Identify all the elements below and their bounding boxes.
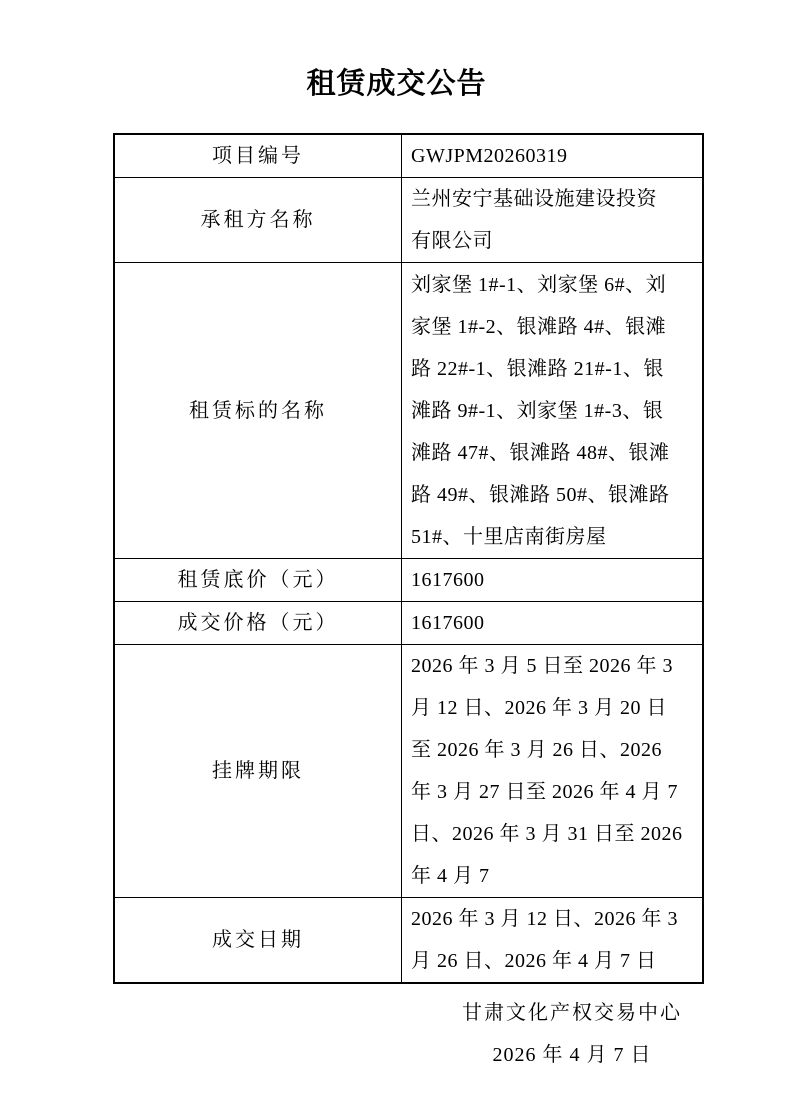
label-lessee-name: 承租方名称 — [114, 178, 402, 263]
signature-block: 甘肃文化产权交易中心 2026 年 4 月 7 日 — [0, 992, 793, 1076]
issue-date: 2026 年 4 月 7 日 — [462, 1034, 682, 1076]
table-row-base-price: 租赁底价（元） 1617600 — [114, 559, 703, 602]
signature-inner: 甘肃文化产权交易中心 2026 年 4 月 7 日 — [462, 992, 682, 1076]
page-title: 租赁成交公告 — [0, 0, 793, 104]
value-deal-price: 1617600 — [402, 602, 704, 645]
table-row-lease-subject-name: 租赁标的名称 刘家堡 1#-1、刘家堡 6#、刘 家堡 1#-2、银滩路 4#、… — [114, 263, 703, 559]
table-row-lessee-name: 承租方名称 兰州安宁基础设施建设投资 有限公司 — [114, 178, 703, 263]
label-listing-period: 挂牌期限 — [114, 645, 402, 898]
label-lease-subject-name: 租赁标的名称 — [114, 263, 402, 559]
table-row-project-number: 项目编号 GWJPM20260319 — [114, 134, 703, 178]
label-project-number: 项目编号 — [114, 134, 402, 178]
document-page: 租赁成交公告 项目编号 GWJPM20260319 承租方名称 兰州安宁基础设施… — [0, 0, 793, 1120]
value-deal-date: 2026 年 3 月 12 日、2026 年 3 月 26 日、2026 年 4… — [402, 898, 704, 984]
table-row-listing-period: 挂牌期限 2026 年 3 月 5 日至 2026 年 3 月 12 日、202… — [114, 645, 703, 898]
value-listing-period: 2026 年 3 月 5 日至 2026 年 3 月 12 日、2026 年 3… — [402, 645, 704, 898]
label-deal-price: 成交价格（元） — [114, 602, 402, 645]
announcement-table: 项目编号 GWJPM20260319 承租方名称 兰州安宁基础设施建设投资 有限… — [113, 133, 704, 984]
value-lessee-name: 兰州安宁基础设施建设投资 有限公司 — [402, 178, 704, 263]
issuing-organization: 甘肃文化产权交易中心 — [462, 992, 682, 1034]
value-project-number: GWJPM20260319 — [402, 134, 704, 178]
value-lease-subject-name: 刘家堡 1#-1、刘家堡 6#、刘 家堡 1#-2、银滩路 4#、银滩 路 22… — [402, 263, 704, 559]
value-base-price: 1617600 — [402, 559, 704, 602]
table-row-deal-date: 成交日期 2026 年 3 月 12 日、2026 年 3 月 26 日、202… — [114, 898, 703, 984]
label-base-price: 租赁底价（元） — [114, 559, 402, 602]
label-deal-date: 成交日期 — [114, 898, 402, 984]
table-row-deal-price: 成交价格（元） 1617600 — [114, 602, 703, 645]
